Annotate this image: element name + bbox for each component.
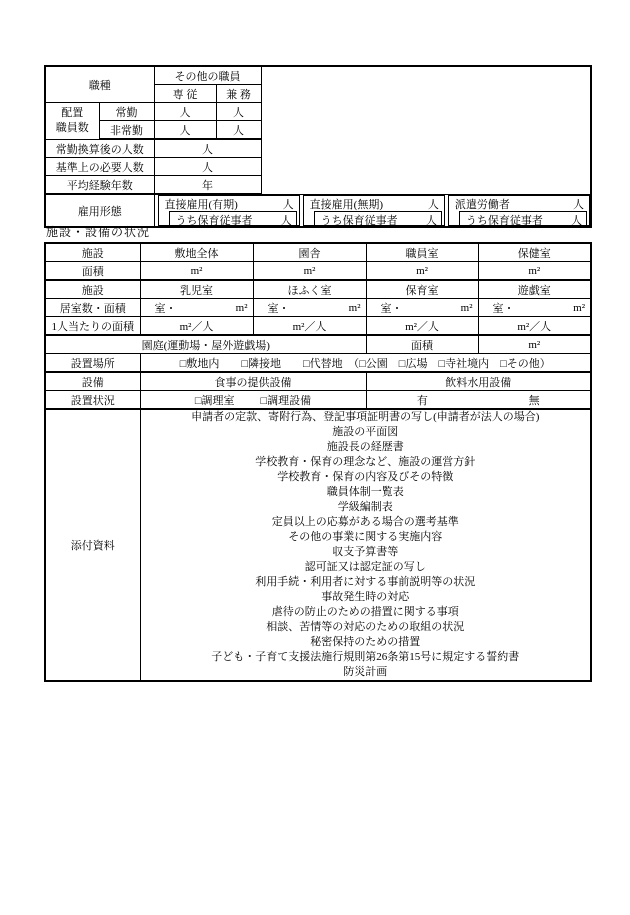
- parttime-label: 非常勤: [99, 121, 154, 140]
- room-count-area-row: 居室数・面積 室・ m² 室・ m² 室・ m²: [45, 299, 591, 317]
- crawling-room-value: 室・ m²: [254, 299, 366, 316]
- fte-label: 常勤換算後の人数: [45, 139, 154, 158]
- attachment-item: 施設長の経歴書: [141, 440, 591, 455]
- site-whole-header: 敷地全体: [140, 243, 253, 262]
- crawling-room-cell: 室・ m²: [253, 299, 366, 317]
- attachments-row: 添付資料 申請者の定款、寄附行為、登記事項証明書の写し(申請者が法人の場合) 施…: [45, 409, 591, 681]
- per-person-area-label: 1人当たりの面積: [45, 317, 140, 336]
- concurrent-col-header: 兼 務: [216, 85, 261, 103]
- attachment-item: 虐待の防止のための措置に関する事項: [141, 605, 591, 620]
- form-page: 職種 その他の職員 専 従 兼 務 配置 職員数 常勤 人 人 非常勤 人 人 …: [0, 0, 630, 915]
- kitchen-room-checkbox: □調理室: [195, 392, 235, 408]
- direct-fixed-term-childcare-box: うち保育従事者 人: [169, 211, 297, 227]
- parttime-concurrent-unit: 人: [216, 121, 261, 140]
- school-building-header: 園舎: [253, 243, 366, 262]
- kitchen-options: □調理室 □調理設備: [141, 391, 366, 408]
- attachment-item: 施設の平面図: [141, 425, 591, 440]
- infant-room-cell: 室・ m²: [140, 299, 253, 317]
- fte-unit: 人: [154, 139, 261, 158]
- employment-block-dispatched: 派遣労働者 人 うち保育従事者 人: [448, 195, 590, 226]
- garden-area-label: 面積: [366, 335, 478, 354]
- play-per-person-unit: m²／人: [478, 317, 591, 336]
- facility-label: 施設: [45, 243, 140, 262]
- childcare-workers-label: うち保育従事者: [176, 212, 253, 227]
- play-room-cell: 室・ m²: [478, 299, 591, 317]
- avg-experience-unit: 年: [154, 176, 261, 195]
- direct-fixed-term-label: 直接雇用(有期): [165, 196, 238, 212]
- room-prefix: 室・: [493, 300, 515, 316]
- placement-staff-count-label: 配置 職員数: [45, 103, 99, 140]
- installation-status-row: 設置状況 □調理室 □調理設備 有 無: [45, 391, 591, 410]
- dispatched-worker-label: 派遣労働者: [455, 196, 510, 212]
- attachment-item: 事故発生時の対応: [141, 590, 591, 605]
- employment-block-direct-fixed-term: 直接雇用(有期) 人 うち保育従事者 人: [158, 195, 300, 226]
- attachment-item: 学校教育・保育の理念など、施設の運営方針: [141, 455, 591, 470]
- dispatched-worker-unit: 人: [573, 196, 584, 212]
- room-unit: m²: [573, 302, 585, 314]
- staff-room-area-unit: m²: [366, 262, 478, 281]
- childcare-workers-unit: 人: [281, 212, 292, 227]
- parttime-dedicated-unit: 人: [154, 121, 216, 140]
- nursery-per-person-unit: m²／人: [366, 317, 478, 336]
- attachment-item: 相談、苦情等の対応のための取組の状況: [141, 620, 591, 635]
- staffing-table: 職種 その他の職員 専 従 兼 務 配置 職員数 常勤 人 人 非常勤 人 人 …: [44, 65, 592, 228]
- fulltime-label: 常勤: [99, 103, 154, 121]
- avg-experience-label: 平均経験年数: [45, 176, 154, 195]
- garden-label: 園庭(運動場・屋外遊戯場): [45, 335, 366, 354]
- facility-table: 施設 敷地全体 園舎 職員室 保健室 面積 m² m² m² m² 施設 乳児室…: [44, 242, 592, 682]
- placement-label-line1: 配置: [46, 106, 99, 121]
- employment-type-content: 直接雇用(有期) 人 うち保育従事者 人 直接雇用(無期) 人: [154, 194, 591, 227]
- room-unit: m²: [236, 302, 248, 314]
- play-room-header: 遊戯室: [478, 280, 591, 299]
- childcare-workers-unit: 人: [571, 212, 582, 227]
- direct-fixed-term-line: 直接雇用(有期) 人: [159, 196, 299, 211]
- employment-blocks: 直接雇用(有期) 人 うち保育従事者 人 直接雇用(無期) 人: [155, 195, 591, 226]
- attachment-item: 定員以上の応募がある場合の選考基準: [141, 515, 591, 530]
- childcare-workers-label: うち保育従事者: [466, 212, 543, 227]
- attachment-item: 秘密保持のための措置: [141, 635, 591, 650]
- building-area-unit: m²: [253, 262, 366, 281]
- crawling-room-header: ほふく室: [253, 280, 366, 299]
- location-options: □敷地内 □隣接地 □代替地 （□公園 □広場 □寺社境内 □その他）: [140, 354, 591, 373]
- equipment-label: 設備: [45, 372, 140, 391]
- attachment-item: 収支予算書等: [141, 545, 591, 560]
- attachments-label: 添付資料: [45, 409, 140, 681]
- attachment-item: 申請者の定款、寄附行為、登記事項証明書の写し(申請者が法人の場合): [141, 410, 591, 425]
- room-prefix: 室・: [155, 300, 177, 316]
- employment-block-direct-permanent: 直接雇用(無期) 人 うち保育従事者 人: [303, 195, 445, 226]
- food-equipment-header: 食事の提供設備: [140, 372, 366, 391]
- facility-header-row-2: 施設 乳児室 ほふく室 保育室 遊戯室: [45, 280, 591, 299]
- infant-room-header: 乳児室: [140, 280, 253, 299]
- attachment-item: 学校教育・保育の内容及びその特徴: [141, 470, 591, 485]
- fulltime-dedicated-unit: 人: [154, 103, 216, 121]
- attachment-item: 防災計画: [141, 665, 591, 680]
- dispatched-worker-line: 派遣労働者 人: [449, 196, 589, 211]
- equipment-header-row: 設備 食事の提供設備 飲料水用設備: [45, 372, 591, 391]
- required-staff-label: 基準上の必要人数: [45, 158, 154, 176]
- attachment-item: 認可証又は認定証の写し: [141, 560, 591, 575]
- room-prefix: 室・: [268, 300, 290, 316]
- attachments-list: 申請者の定款、寄附行為、登記事項証明書の写し(申請者が法人の場合) 施設の平面図…: [140, 409, 591, 681]
- childcare-workers-unit: 人: [426, 212, 437, 227]
- staff-room-header: 職員室: [366, 243, 478, 262]
- staff-header-row-1: 職種 その他の職員: [45, 66, 591, 85]
- attachment-item: その他の事業に関する実施内容: [141, 530, 591, 545]
- attachment-item: 学級編制表: [141, 500, 591, 515]
- fulltime-concurrent-unit: 人: [216, 103, 261, 121]
- direct-permanent-childcare-box: うち保育従事者 人: [314, 211, 442, 227]
- kitchen-options-cell: □調理室 □調理設備: [140, 391, 366, 410]
- infant-room-value: 室・ m²: [141, 299, 253, 316]
- other-staff-header: その他の職員: [154, 66, 261, 85]
- kitchen-equip-checkbox: □調理設備: [261, 392, 312, 408]
- attachment-item: 子ども・子育て支援法施行規則第26条第15号に規定する誓約書: [141, 650, 591, 665]
- area-label: 面積: [45, 262, 140, 281]
- water-status-cell: 有 無: [366, 391, 591, 410]
- direct-permanent-unit: 人: [428, 196, 439, 212]
- nursery-room-cell: 室・ m²: [366, 299, 478, 317]
- site-area-unit: m²: [140, 262, 253, 281]
- room-unit: m²: [349, 302, 361, 314]
- attachment-item: 利用手続・利用者に対する事前説明等の状況: [141, 575, 591, 590]
- per-person-area-row: 1人当たりの面積 m²／人 m²／人 m²／人 m²／人: [45, 317, 591, 336]
- attachment-item: 職員体制一覧表: [141, 485, 591, 500]
- facility-section-title: 施設・設備の状況: [46, 223, 150, 240]
- installation-status-label: 設置状況: [45, 391, 140, 410]
- water-status-no: 無: [529, 392, 540, 408]
- direct-permanent-line: 直接雇用(無期) 人: [304, 196, 444, 211]
- water-status-yes: 有: [417, 392, 428, 408]
- garden-area-unit: m²: [478, 335, 591, 354]
- crawling-per-person-unit: m²／人: [253, 317, 366, 336]
- nursery-room-value: 室・ m²: [367, 299, 478, 316]
- water-status-options: 有 無: [367, 391, 591, 408]
- direct-permanent-label: 直接雇用(無期): [310, 196, 383, 212]
- garden-row: 園庭(運動場・屋外遊戯場) 面積 m²: [45, 335, 591, 354]
- area-row: 面積 m² m² m² m²: [45, 262, 591, 281]
- staff-table-blank-area: [261, 66, 591, 194]
- infant-per-person-unit: m²／人: [140, 317, 253, 336]
- facility-header-row-1: 施設 敷地全体 園舎 職員室 保健室: [45, 243, 591, 262]
- water-equipment-header: 飲料水用設備: [366, 372, 591, 391]
- health-room-header: 保健室: [478, 243, 591, 262]
- location-label: 設置場所: [45, 354, 140, 373]
- room-unit: m²: [461, 302, 473, 314]
- room-prefix: 室・: [381, 300, 403, 316]
- facility-label-2: 施設: [45, 280, 140, 299]
- nursery-room-header: 保育室: [366, 280, 478, 299]
- play-room-value: 室・ m²: [479, 299, 591, 316]
- childcare-workers-label: うち保育従事者: [321, 212, 398, 227]
- room-count-area-label: 居室数・面積: [45, 299, 140, 317]
- dedicated-col-header: 専 従: [154, 85, 216, 103]
- placement-label-line2: 職員数: [46, 121, 99, 136]
- required-staff-unit: 人: [154, 158, 261, 176]
- direct-fixed-term-unit: 人: [283, 196, 294, 212]
- dispatched-childcare-box: うち保育従事者 人: [459, 211, 587, 227]
- health-room-area-unit: m²: [478, 262, 591, 281]
- occupation-label: 職種: [45, 66, 154, 103]
- location-row: 設置場所 □敷地内 □隣接地 □代替地 （□公園 □広場 □寺社境内 □その他）: [45, 354, 591, 373]
